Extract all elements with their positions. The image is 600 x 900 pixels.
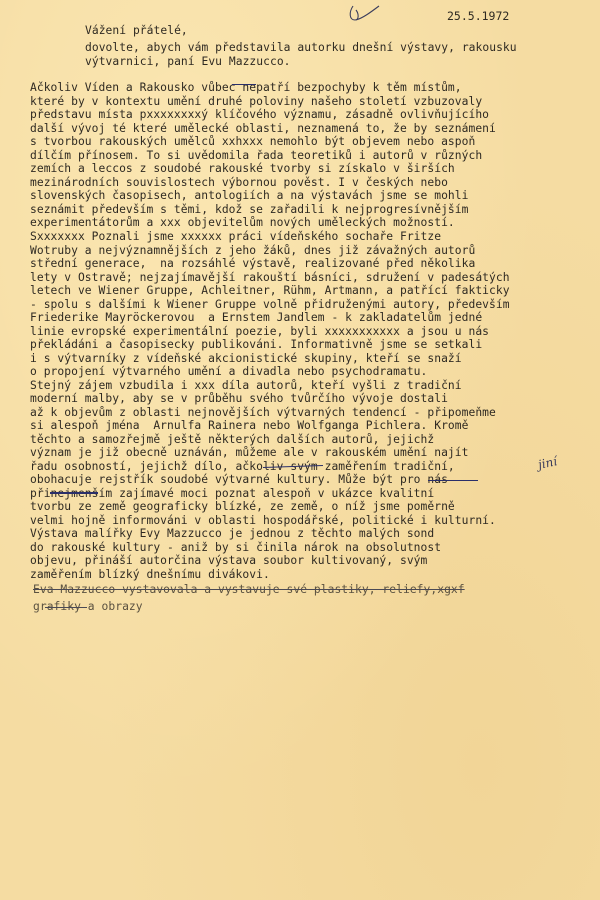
body-line: velmi hojně informováni v oblasti hospod… — [30, 514, 496, 527]
salutation: Vážení přátelé, — [85, 24, 188, 37]
body-line: překládáni a časopisecky publikováni. In… — [30, 338, 482, 351]
body-line: Výstava malířky Evy Mazzucco je jednou z… — [30, 527, 434, 540]
intro-line-1: dovolte, abych vám představila autorku d… — [85, 41, 517, 54]
body-line: které by v kontextu umění druhé poloviny… — [30, 95, 482, 108]
body-line: představu místa pxxxxxxxxý klíčového výz… — [30, 108, 489, 121]
body-line: význam je již obecně uznáván, můžeme ale… — [30, 446, 468, 459]
correction-strike-prinejmensim — [50, 492, 98, 494]
body-line: experimentátorům a xxx objevitelům novýc… — [30, 216, 455, 229]
body-line: těchto a samozřejmě ještě některých dalš… — [30, 433, 434, 446]
body-line: řadu osobností, jejichž dílo, ačkoliv sv… — [30, 460, 455, 473]
correction-strike-muze-byt — [428, 480, 478, 481]
body-line: Sxxxxxxx Poznali jsme xxxxxx práci vídeň… — [30, 230, 441, 243]
body-line: slovenských časopisech, antologiích a na… — [30, 189, 468, 202]
body-line: další vývoj té které umělecké oblasti, n… — [30, 122, 496, 135]
body-line: střední generace, na rozsáhlé výstavě, r… — [30, 257, 475, 270]
letter-date: 25.5.1972 — [447, 9, 509, 23]
body-line: objevu, přináší autorčina výstava soubor… — [30, 554, 427, 567]
intro-line-2: výtvarnici, paní Evu Mazzucco. — [85, 55, 291, 68]
body-line: do rakouské kultury - aniž by si činila … — [30, 541, 441, 554]
body-line: letech ve Wiener Gruppe, Achleitner, Rüh… — [30, 284, 510, 297]
strikethrough-mark — [45, 607, 87, 608]
body-line: Friederike Mayröckerovou a Ernstem Jandl… — [30, 311, 482, 324]
struck-line-1: Eva Mazzucco vystavovala a vystavuje své… — [33, 583, 465, 596]
body-line: seznámit především s těmi, kdož se zařad… — [30, 203, 468, 216]
body-line: Ačkoliv Víden a Rakousko vůbec nepatří b… — [30, 81, 462, 94]
body-line: Stejný zájem vzbudila i xxx díla autorů,… — [30, 379, 462, 392]
body-line: Wotruby a nejvýznamnějších z jeho žáků, … — [30, 244, 475, 257]
body-line: s tvorbou rakouských umělců xxhxxx nemoh… — [30, 135, 475, 148]
body-line: zemích a leccos z soudobé rakouské tvorb… — [30, 162, 455, 175]
body-line: zaměřením blízký dnešnímu divákovi. — [30, 568, 270, 581]
body-line: moderní malby, aby se v průběhu svého tv… — [30, 392, 448, 405]
body-line: dílčím přínosem. To si uvědomila řada te… — [30, 149, 482, 162]
correction-strike-vubec — [232, 84, 256, 85]
body-line: - spolu s dalšími k Wiener Gruppe volně … — [30, 298, 510, 311]
body-line: obohacuje rejstřík soudobé výtvarné kult… — [30, 473, 448, 486]
body-line: tvorbu ze země geograficky blízké, ze ze… — [30, 500, 455, 513]
body-line: až k objevům z oblasti nejnovějších výtv… — [30, 406, 496, 419]
body-line: lety v Ostravě; nejzajímavější rakouští … — [30, 271, 510, 284]
body-line: o propojení výtvarného umění a divadla n… — [30, 365, 427, 378]
body-line: mezinárodních souvislostech výbornou pov… — [30, 176, 448, 189]
handwritten-squiggle-icon — [345, 2, 385, 24]
body-line: i s výtvarníky z vídeňské akcionistické … — [30, 352, 462, 365]
body-line: linie evropské experimentální poezie, by… — [30, 325, 489, 338]
body-line: si alespoň jména Arnulfa Rainera nebo Wo… — [30, 419, 468, 432]
